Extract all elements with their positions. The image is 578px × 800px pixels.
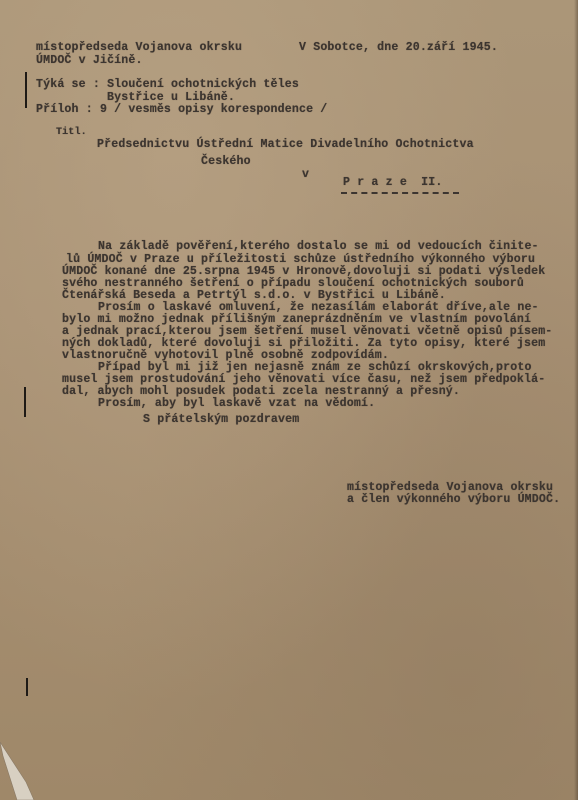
signature-line-2: a člen výkonného výboru ÚMDOČ.	[347, 493, 560, 506]
torn-corner	[0, 742, 40, 800]
place-and-date: V Sobotce, dne 20.září 1945.	[299, 41, 498, 54]
sender-line-2: ÚMDOČ v Jičíně.	[36, 54, 143, 67]
margin-mark	[24, 387, 26, 417]
addressee-line-3: v	[302, 168, 309, 181]
scanned-letter-page: místopředseda Vojanova okrsku ÚMDOČ v Ji…	[0, 0, 578, 800]
closing-greeting: S přátelským pozdravem	[143, 413, 299, 426]
body-line: Prosím, aby byl laskavě vzat na vědomí.	[98, 397, 375, 410]
subject-line-1: Týká se : Sloučení ochotnických těles	[36, 78, 299, 91]
addressee-city: P r a z e II.	[343, 176, 443, 189]
page-edge-shadow	[574, 0, 578, 800]
body-line: Na základě pověření,kterého dostalo se m…	[98, 240, 539, 253]
margin-mark	[26, 678, 28, 696]
salutation-titl: Titl.	[56, 127, 87, 138]
city-underline	[341, 192, 459, 194]
margin-mark	[25, 72, 27, 108]
addressee-line-2: Českého	[201, 155, 251, 168]
sender-line-1: místopředseda Vojanova okrsku	[36, 41, 242, 54]
addressee-line-1: Předsednictvu Ústřední Matice Divadelníh…	[97, 138, 474, 151]
attachments-line: Příloh : 9 / vesměs opisy korespondence …	[36, 103, 327, 116]
